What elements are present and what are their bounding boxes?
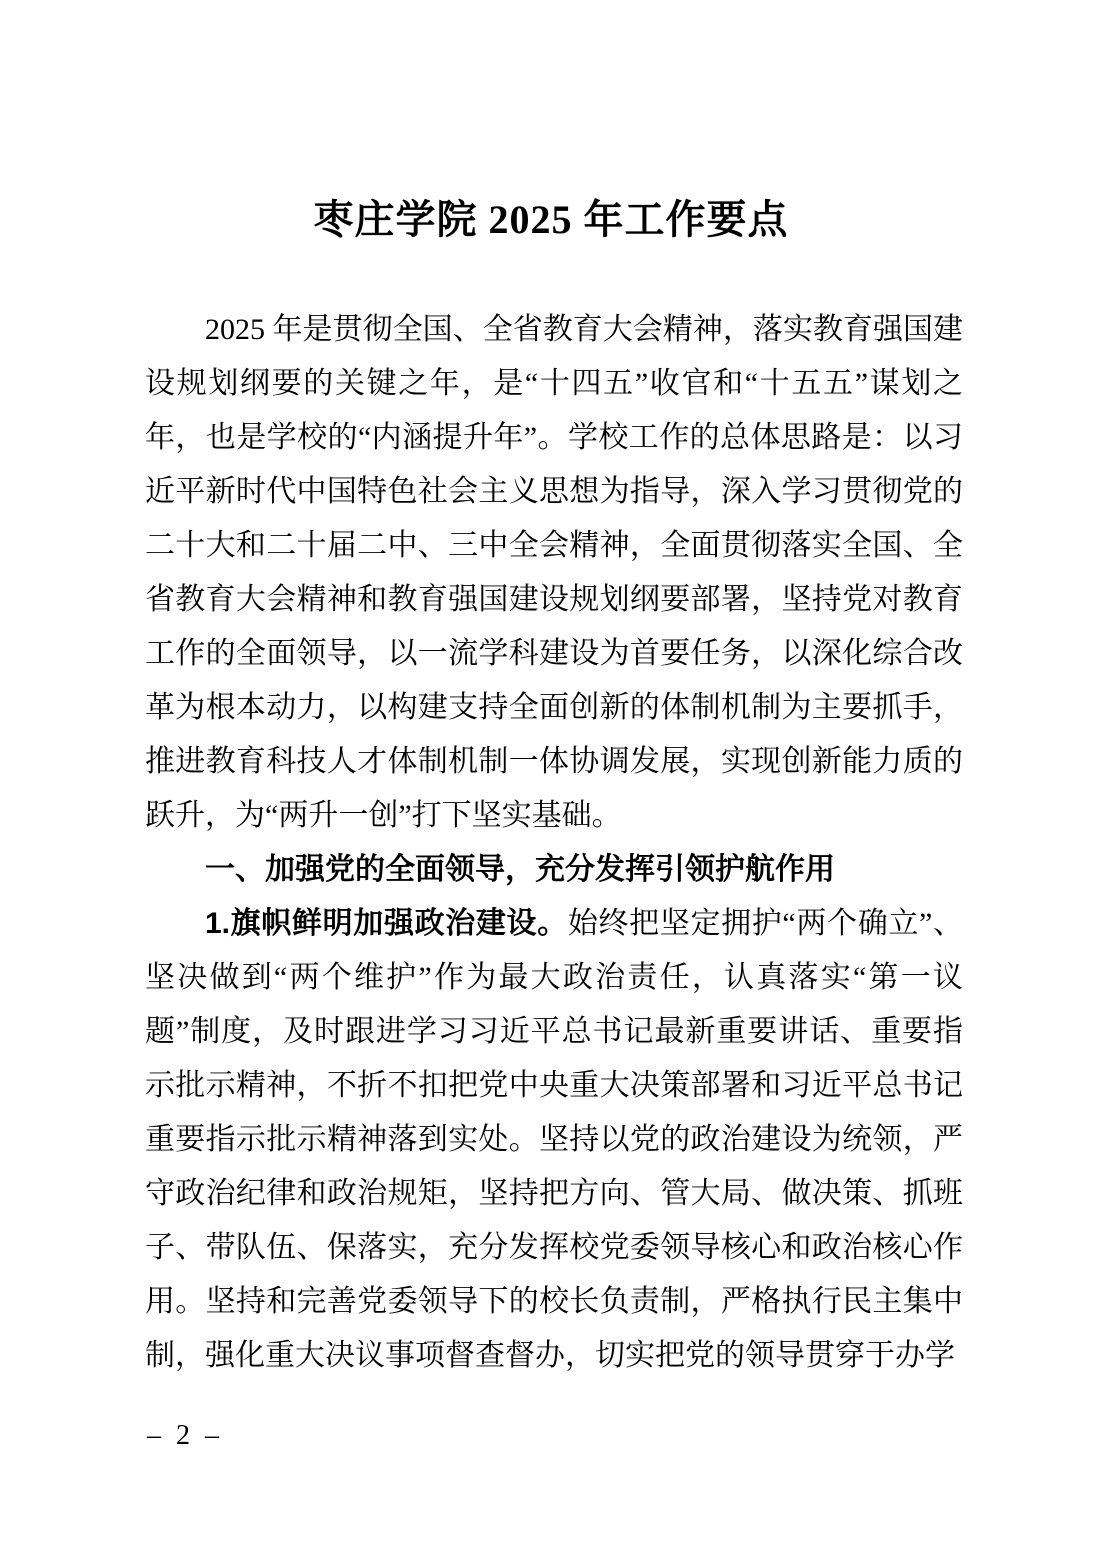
document-title: 枣庄学院 2025 年工作要点	[0, 198, 1102, 242]
section-1-item-1-lead: 1.旗帜鲜明加强政治建设。	[205, 907, 568, 940]
page-number: – 2 –	[147, 1420, 223, 1452]
document-page: 枣庄学院 2025 年工作要点 2025 年是贯彻全国、全省教育大会精神，落实教…	[0, 0, 1102, 1559]
intro-paragraph: 2025 年是贯彻全国、全省教育大会精神，落实教育强国建设规划纲要的关键之年，是…	[145, 303, 963, 843]
document-body: 2025 年是贯彻全国、全省教育大会精神，落实教育强国建设规划纲要的关键之年，是…	[145, 303, 963, 1383]
section-1-item-1-text: 始终把坚定拥护“两个确立”、坚决做到“两个维护”作为最大政治责任，认真落实“第一…	[145, 907, 963, 1372]
section-1-item-1-paragraph: 1.旗帜鲜明加强政治建设。始终把坚定拥护“两个确立”、坚决做到“两个维护”作为最…	[145, 897, 963, 1383]
section-1-heading: 一、加强党的全面领导，充分发挥引领护航作用	[145, 843, 963, 897]
